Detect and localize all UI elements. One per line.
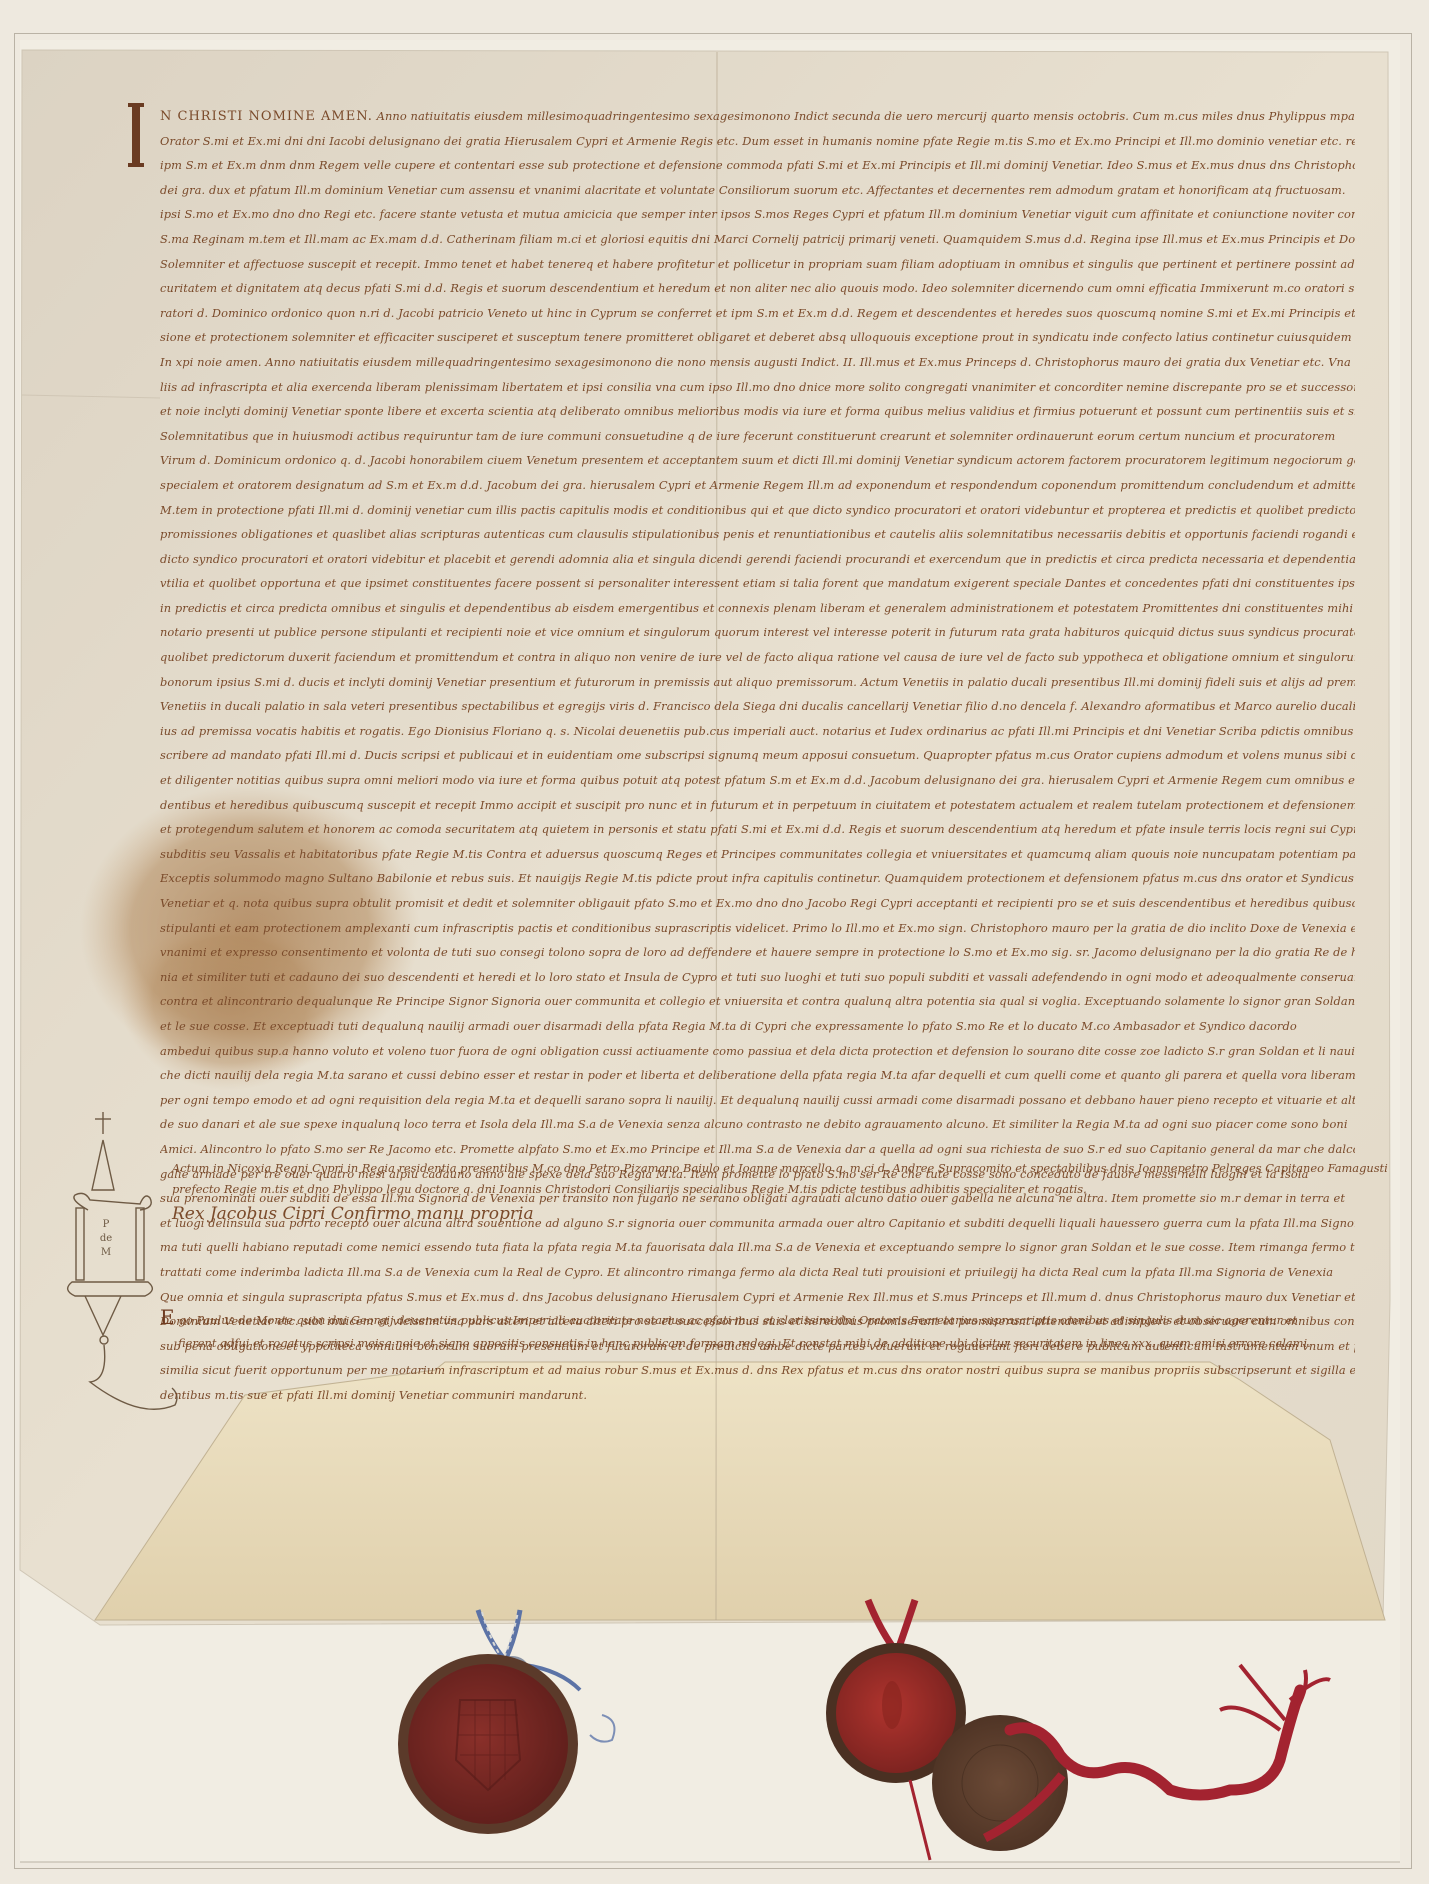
text-line: quolibet predictorum duxerit faciendum e… — [160, 645, 1355, 670]
text-line: dicto syndico procuratori et oratori vid… — [160, 547, 1355, 572]
text-line: ipm S.m et Ex.m dnm dnm Regem velle cupe… — [160, 153, 1355, 178]
notary-line: fierent adfui et rogatus scripsi meisq n… — [160, 1332, 1360, 1355]
incipit: N CHRISTI NOMINE AMEN. — [160, 109, 373, 124]
text-line: sione et protectionem solemniter et effi… — [160, 325, 1355, 350]
text-line: nia et similiter tuti et cadauno dei suo… — [160, 965, 1355, 990]
text-line: Venetiar et q. nota quibus supra obtulit… — [160, 891, 1355, 916]
actum-clause: Actum in Nicoxia Regni Cypri in Regia re… — [172, 1158, 1352, 1228]
text-line — [160, 1407, 1355, 1432]
text-line: ma tuti quelli habiano reputadi come nem… — [160, 1235, 1355, 1260]
text-line: N CHRISTI NOMINE AMEN. Anno natiuitatis … — [160, 104, 1355, 129]
text-line: et le sue cosse. Et exceptuadi tuti dequ… — [160, 1014, 1355, 1039]
notary-initial: E — [160, 1305, 175, 1329]
text-line: contra et alincontrario dequalunque Re P… — [160, 989, 1355, 1014]
actum-line: Actum in Nicoxia Regni Cypri in Regia re… — [172, 1158, 1352, 1179]
royal-signature: Rex Jacobus Cipri Confirmo manu propria — [172, 1200, 1352, 1228]
text-line: subditis seu Vassalis et habitatoribus p… — [160, 842, 1355, 867]
text-line: et diligenter notitias quibus supra omni… — [160, 768, 1355, 793]
text-line: che dicti nauilij dela regia M.ta sarano… — [160, 1063, 1355, 1088]
notarial-sign-letter: M — [96, 1246, 116, 1260]
text-line: in predictis et circa predicta omnibus e… — [160, 596, 1355, 621]
text-line: In xpi noie amen. Anno natiuitatis eiusd… — [160, 350, 1355, 375]
text-line: Virum d. Dominicum ordonico q. d. Jacobi… — [160, 448, 1355, 473]
text-line: promissiones obligationes et quaslibet a… — [160, 522, 1355, 547]
text-line: ius ad premissa vocatis habitis et rogat… — [160, 719, 1355, 744]
text-line: et noie inclyti dominij Venetiar sponte … — [160, 399, 1355, 424]
text-line: de suo danari et ale sue spexe inqualunq… — [160, 1112, 1355, 1137]
text-line: notario presenti ut publice persone stip… — [160, 620, 1355, 645]
text-line: vtilia et quolibet opportuna et que ipsi… — [160, 571, 1355, 596]
charter-main-text: N CHRISTI NOMINE AMEN. Anno natiuitatis … — [160, 104, 1355, 1432]
text-line: scribere ad mandato pfati Ill.mi d. Duci… — [160, 743, 1355, 768]
text-line: Solemnitatibus que in huiusmodi actibus … — [160, 424, 1355, 449]
text-line: curitatem et dignitatem atq decus pfati … — [160, 276, 1355, 301]
text-line: ambedui quibus sup.a hanno voluto et vol… — [160, 1039, 1355, 1064]
text-line: S.ma Reginam m.tem et Ill.mam ac Ex.mam … — [160, 227, 1355, 252]
text-line: ipsi S.mo et Ex.mo dno dno Regi etc. fac… — [160, 202, 1355, 227]
text-line: trattati come inderimba ladicta Ill.ma S… — [160, 1260, 1355, 1285]
text-line: similia sicut fuerit opportunum per me n… — [160, 1358, 1355, 1383]
text-line: Orator S.mi et Ex.mi dni dni Iacobi delu… — [160, 129, 1355, 154]
notarial-sign: P de M — [96, 1218, 116, 1260]
notary-subscription: Ego Paulus de Monte quon dni Georgij deu… — [160, 1306, 1360, 1355]
text-line: liis ad infrascripta et alia exercenda l… — [160, 375, 1355, 400]
text-line: dei gra. dux et pfatum Ill.m dominium Ve… — [160, 178, 1355, 203]
text-line: per ogni tempo emodo et ad ogni requisit… — [160, 1088, 1355, 1113]
text-line: Venetiis in ducali palatio in sala veter… — [160, 694, 1355, 719]
text-line: dentibus et heredibus quibuscumq suscepi… — [160, 793, 1355, 818]
notarial-sign-letter: de — [96, 1232, 116, 1246]
text-line: ratori d. Dominico ordonico quon n.ri d.… — [160, 301, 1355, 326]
text-line: M.tem in protectione pfati Ill.mi d. dom… — [160, 498, 1355, 523]
text-line: Exceptis solummodo magno Sultano Babilon… — [160, 866, 1355, 891]
text-line: vnanimi et expresso consentimento et vol… — [160, 940, 1355, 965]
text-line: et protegendum salutem et honorem ac com… — [160, 817, 1355, 842]
notary-line: Ego Paulus de Monte quon dni Georgij deu… — [160, 1306, 1360, 1332]
notarial-sign-letter: P — [96, 1218, 116, 1232]
text-line: bonorum ipsius S.mi d. ducis et inclyti … — [160, 670, 1355, 695]
actum-line: prefecto Regie m.tis et dno Phylippo leg… — [172, 1179, 1352, 1200]
text-line: specialem et oratorem designatum ad S.m … — [160, 473, 1355, 498]
text-line: dentibus m.tis sue et pfati Ill.mi domin… — [160, 1383, 1355, 1408]
text-line: stipulanti et eam protectionem amplexant… — [160, 916, 1355, 941]
text-line: Solemniter et affectuose suscepit et rec… — [160, 252, 1355, 277]
